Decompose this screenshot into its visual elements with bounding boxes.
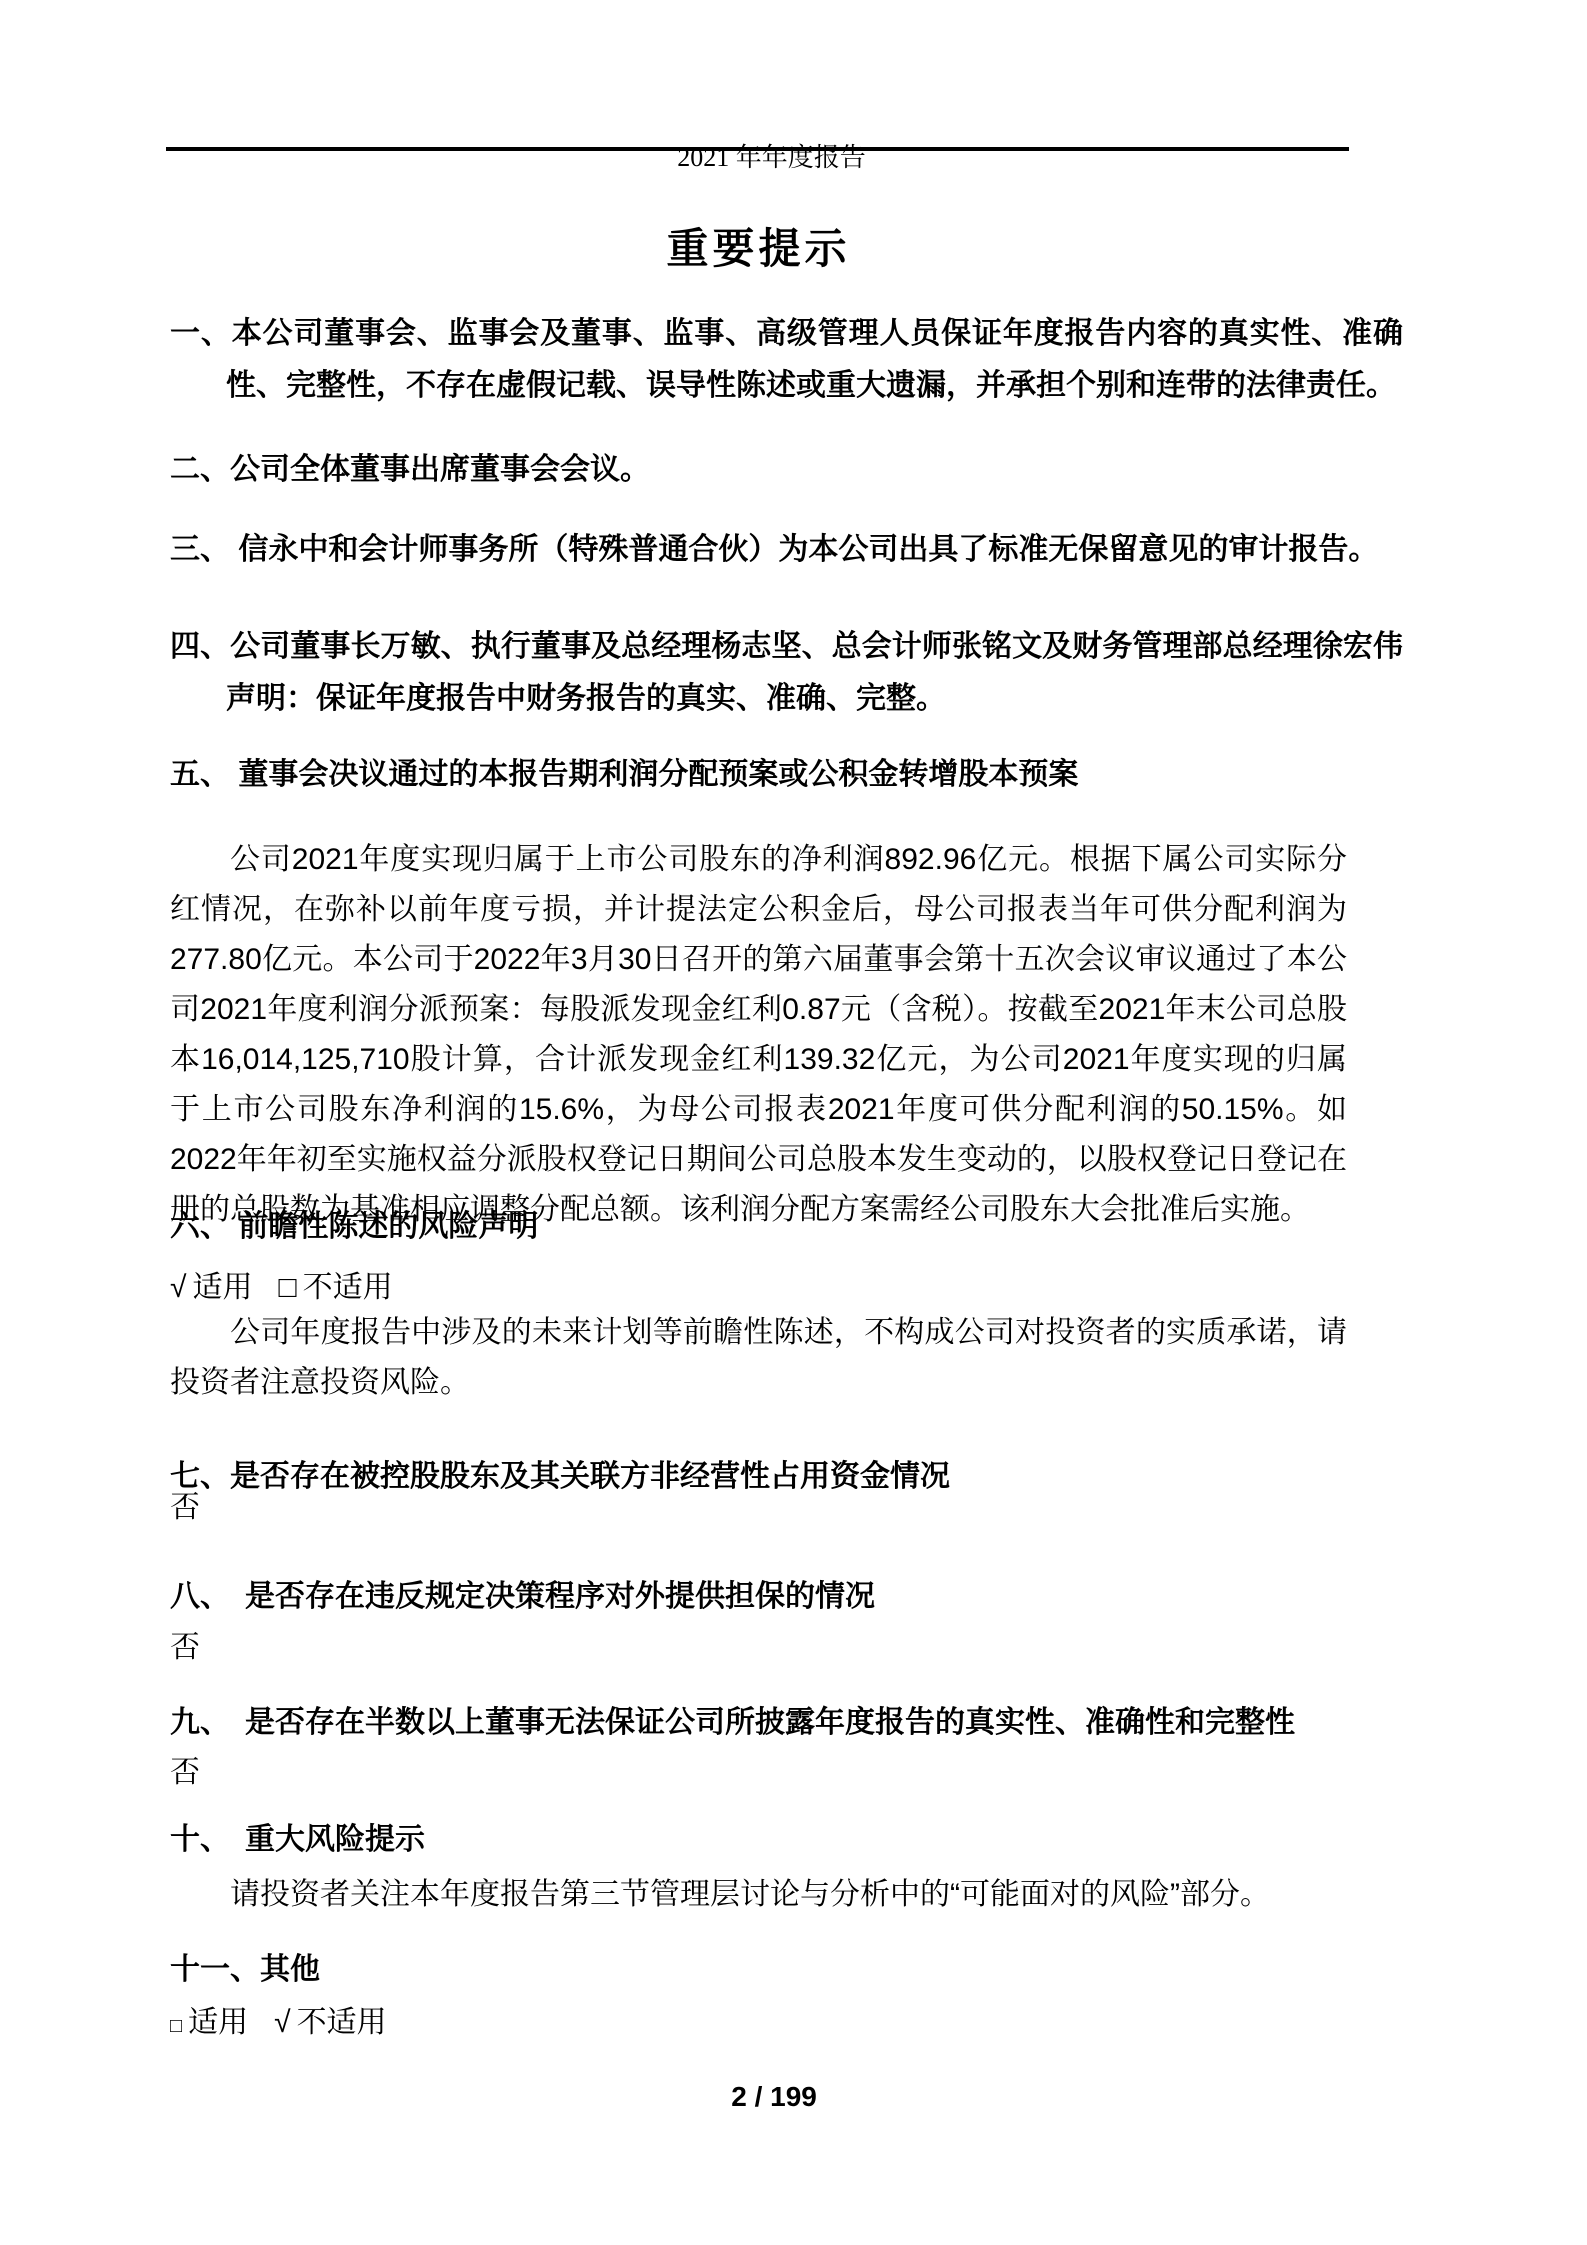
section-5-paragraph: 公司2021年度实现归属于上市公司股东的净利润892.96亿元。根据下属公司实际…	[170, 835, 1347, 1235]
section-6-applicability-line: √适用□不适用	[170, 1262, 1347, 1314]
empty-checkbox-icon: □	[170, 2015, 182, 2037]
section-6-heading: 六、 前瞻性陈述的风险声明	[170, 1201, 1403, 1253]
section-3-heading: 三、 信永中和会计师事务所（特殊普通合伙）为本公司出具了标准无保留意见的审计报告…	[170, 524, 1403, 576]
section-7-answer: 否	[170, 1488, 1347, 1528]
not-applicable-label: 不适用	[297, 2006, 387, 2039]
check-mark-icon: √	[170, 1271, 186, 1304]
section-8-answer: 否	[170, 1628, 1347, 1668]
header-divider	[166, 147, 1349, 151]
empty-checkbox-icon: □	[278, 1271, 296, 1304]
page-title: 重要提示	[170, 224, 1347, 274]
section-5-heading: 五、 董事会决议通过的本报告期利润分配预案或公积金转增股本预案	[170, 749, 1403, 801]
section-9-answer: 否	[170, 1753, 1347, 1793]
check-mark-icon: √	[274, 2006, 290, 2039]
page-footer: 2 / 199	[170, 2052, 1347, 2142]
running-header: 2021 年年度报告	[170, 110, 1347, 206]
section-10-paragraph: 请投资者关注本年度报告第三节管理层讨论与分析中的“可能面对的风险”部分。	[170, 1870, 1347, 1920]
applicable-label: 适用	[188, 2006, 248, 2039]
section-8-heading: 八、 是否存在违反规定决策程序对外提供担保的情况	[170, 1571, 1403, 1623]
section-11-heading: 十一、其他	[170, 1944, 1403, 1996]
section-9-heading: 九、 是否存在半数以上董事无法保证公司所披露年度报告的真实性、准确性和完整性	[170, 1697, 1403, 1749]
section-4-heading: 四、公司董事长万敏、执行董事及总经理杨志坚、总会计师张铭文及财务管理部总经理徐宏…	[170, 621, 1403, 725]
applicable-label: 适用	[192, 1271, 252, 1304]
section-1-heading: 一、本公司董事会、监事会及董事、监事、高级管理人员保证年度报告内容的真实性、准确…	[170, 308, 1403, 412]
section-11-applicability-line: □适用√不适用	[170, 1997, 1347, 2052]
section-6-paragraph: 公司年度报告中涉及的未来计划等前瞻性陈述，不构成公司对投资者的实质承诺，请投资者…	[170, 1308, 1347, 1408]
document-page: 2021 年年度报告 重要提示 一、本公司董事会、监事会及董事、监事、高级管理人…	[0, 0, 1587, 2245]
section-2-heading: 二、公司全体董事出席董事会会议。	[170, 444, 1403, 496]
page-number: 2 / 199	[731, 2081, 817, 2112]
not-applicable-label: 不适用	[303, 1271, 393, 1304]
section-10-heading: 十、 重大风险提示	[170, 1814, 1403, 1866]
